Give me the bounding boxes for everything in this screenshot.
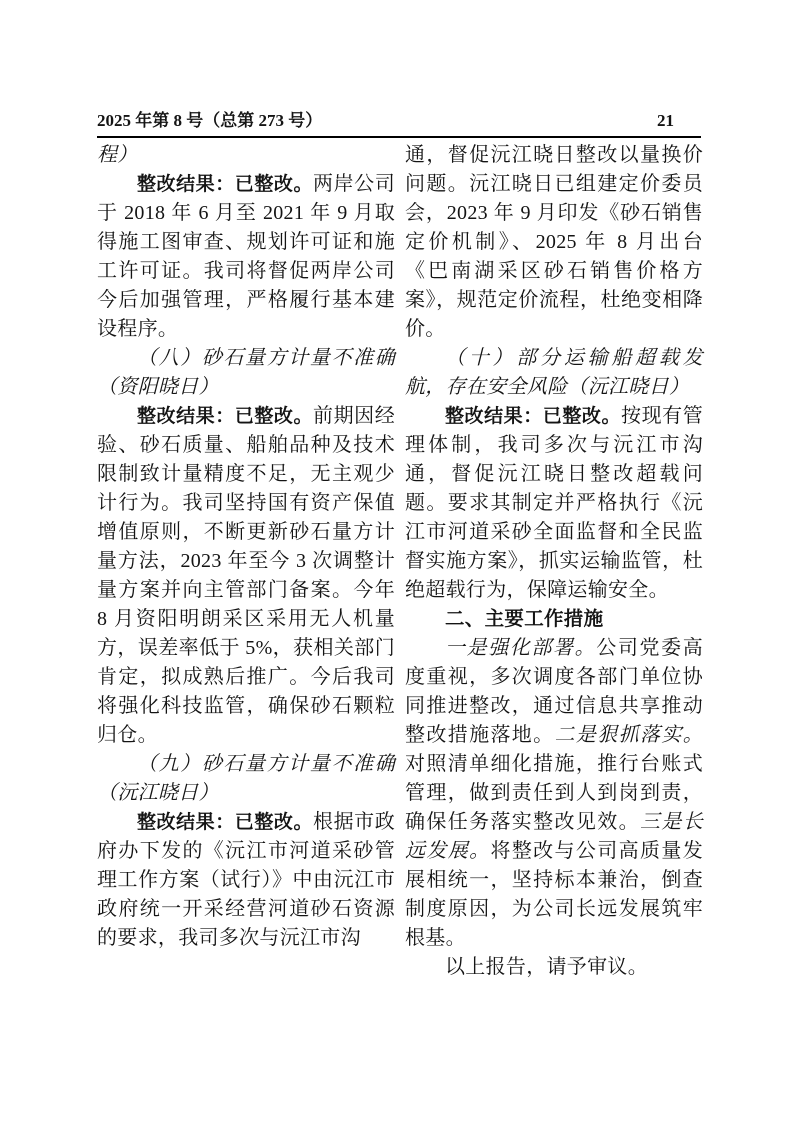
text-run: 前期因经验、砂石质量、船舶品种及技术限制致计量精度不足，无主观少计行为。我司坚持…: [97, 405, 395, 746]
issue-number: 2025 年第 8 号（总第 273 号）: [97, 110, 322, 132]
paragraph: （十）部分运输船超载发航，存在安全风险（沅江晓日）: [405, 344, 703, 402]
text-run: 以上报告，请予审议。: [445, 956, 648, 978]
text-run: 二、主要工作措施: [445, 608, 603, 630]
paragraph: 整改结果：已整改。按现有管理体制，我司多次与沅江市沟通，督促沅江晓日整改超载问题…: [405, 402, 703, 605]
paragraph: 整改结果：已整改。两岸公司于 2018 年 6 月至 2021 年 9 月取得施…: [97, 170, 395, 344]
paragraph: 以上报告，请予审议。: [405, 953, 703, 982]
header-rule: [97, 136, 701, 138]
running-header: 2025 年第 8 号（总第 273 号） 21: [97, 110, 701, 132]
text-run: （九）砂石量方计量不准确（沅江晓日）: [97, 753, 395, 804]
document-body: 程）整改结果：已整改。两岸公司于 2018 年 6 月至 2021 年 9 月取…: [97, 141, 703, 982]
text-run: 两岸公司于 2018 年 6 月至 2021 年 9 月取得施工图审查、规划许可…: [97, 173, 395, 340]
text-run: 整改结果：已整改。: [445, 406, 621, 427]
document-page: 2025 年第 8 号（总第 273 号） 21 程）整改结果：已整改。两岸公司…: [0, 0, 794, 1122]
paragraph: （九）砂石量方计量不准确（沅江晓日）: [97, 750, 395, 808]
right-column: 通，督促沅江晓日整改以量换价问题。沅江晓日已组建定价委员会，2023 年 9 月…: [405, 141, 703, 982]
paragraph: 整改结果：已整改。根据市政府办下发的《沅江市河道采砂管理工作方案（试行）》中由沅…: [97, 808, 395, 953]
text-run: 整改结果：已整改。: [137, 174, 313, 195]
text-run: 按现有管理体制，我司多次与沅江市沟通，督促沅江晓日整改超载问题。要求其制定并严格…: [405, 405, 703, 601]
paragraph: 二、主要工作措施: [405, 605, 703, 634]
paragraph: 一是强化部署。公司党委高度重视，多次调度各部门单位协同推进整改，通过信息共享推动…: [405, 634, 703, 953]
paragraph: 程）: [97, 141, 395, 170]
text-run: （十）部分运输船超载发航，存在安全风险（沅江晓日）: [405, 347, 703, 398]
text-run: 一是强化部署。: [445, 637, 596, 659]
left-column: 程）整改结果：已整改。两岸公司于 2018 年 6 月至 2021 年 9 月取…: [97, 141, 395, 982]
text-run: （八）砂石量方计量不准确（资阳晓日）: [97, 347, 395, 398]
text-run: 程）: [97, 144, 138, 166]
paragraph: 整改结果：已整改。前期因经验、砂石质量、船舶品种及技术限制致计量精度不足，无主观…: [97, 402, 395, 750]
paragraph: （八）砂石量方计量不准确（资阳晓日）: [97, 344, 395, 402]
page-number: 21: [657, 110, 701, 132]
text-run: 整改结果：已整改。: [137, 812, 313, 833]
text-run: 二是狠抓落实。: [555, 724, 703, 746]
paragraph: 通，督促沅江晓日整改以量换价问题。沅江晓日已组建定价委员会，2023 年 9 月…: [405, 141, 703, 344]
text-run: 通，督促沅江晓日整改以量换价问题。沅江晓日已组建定价委员会，2023 年 9 月…: [405, 144, 703, 340]
text-run: 整改结果：已整改。: [137, 406, 313, 427]
